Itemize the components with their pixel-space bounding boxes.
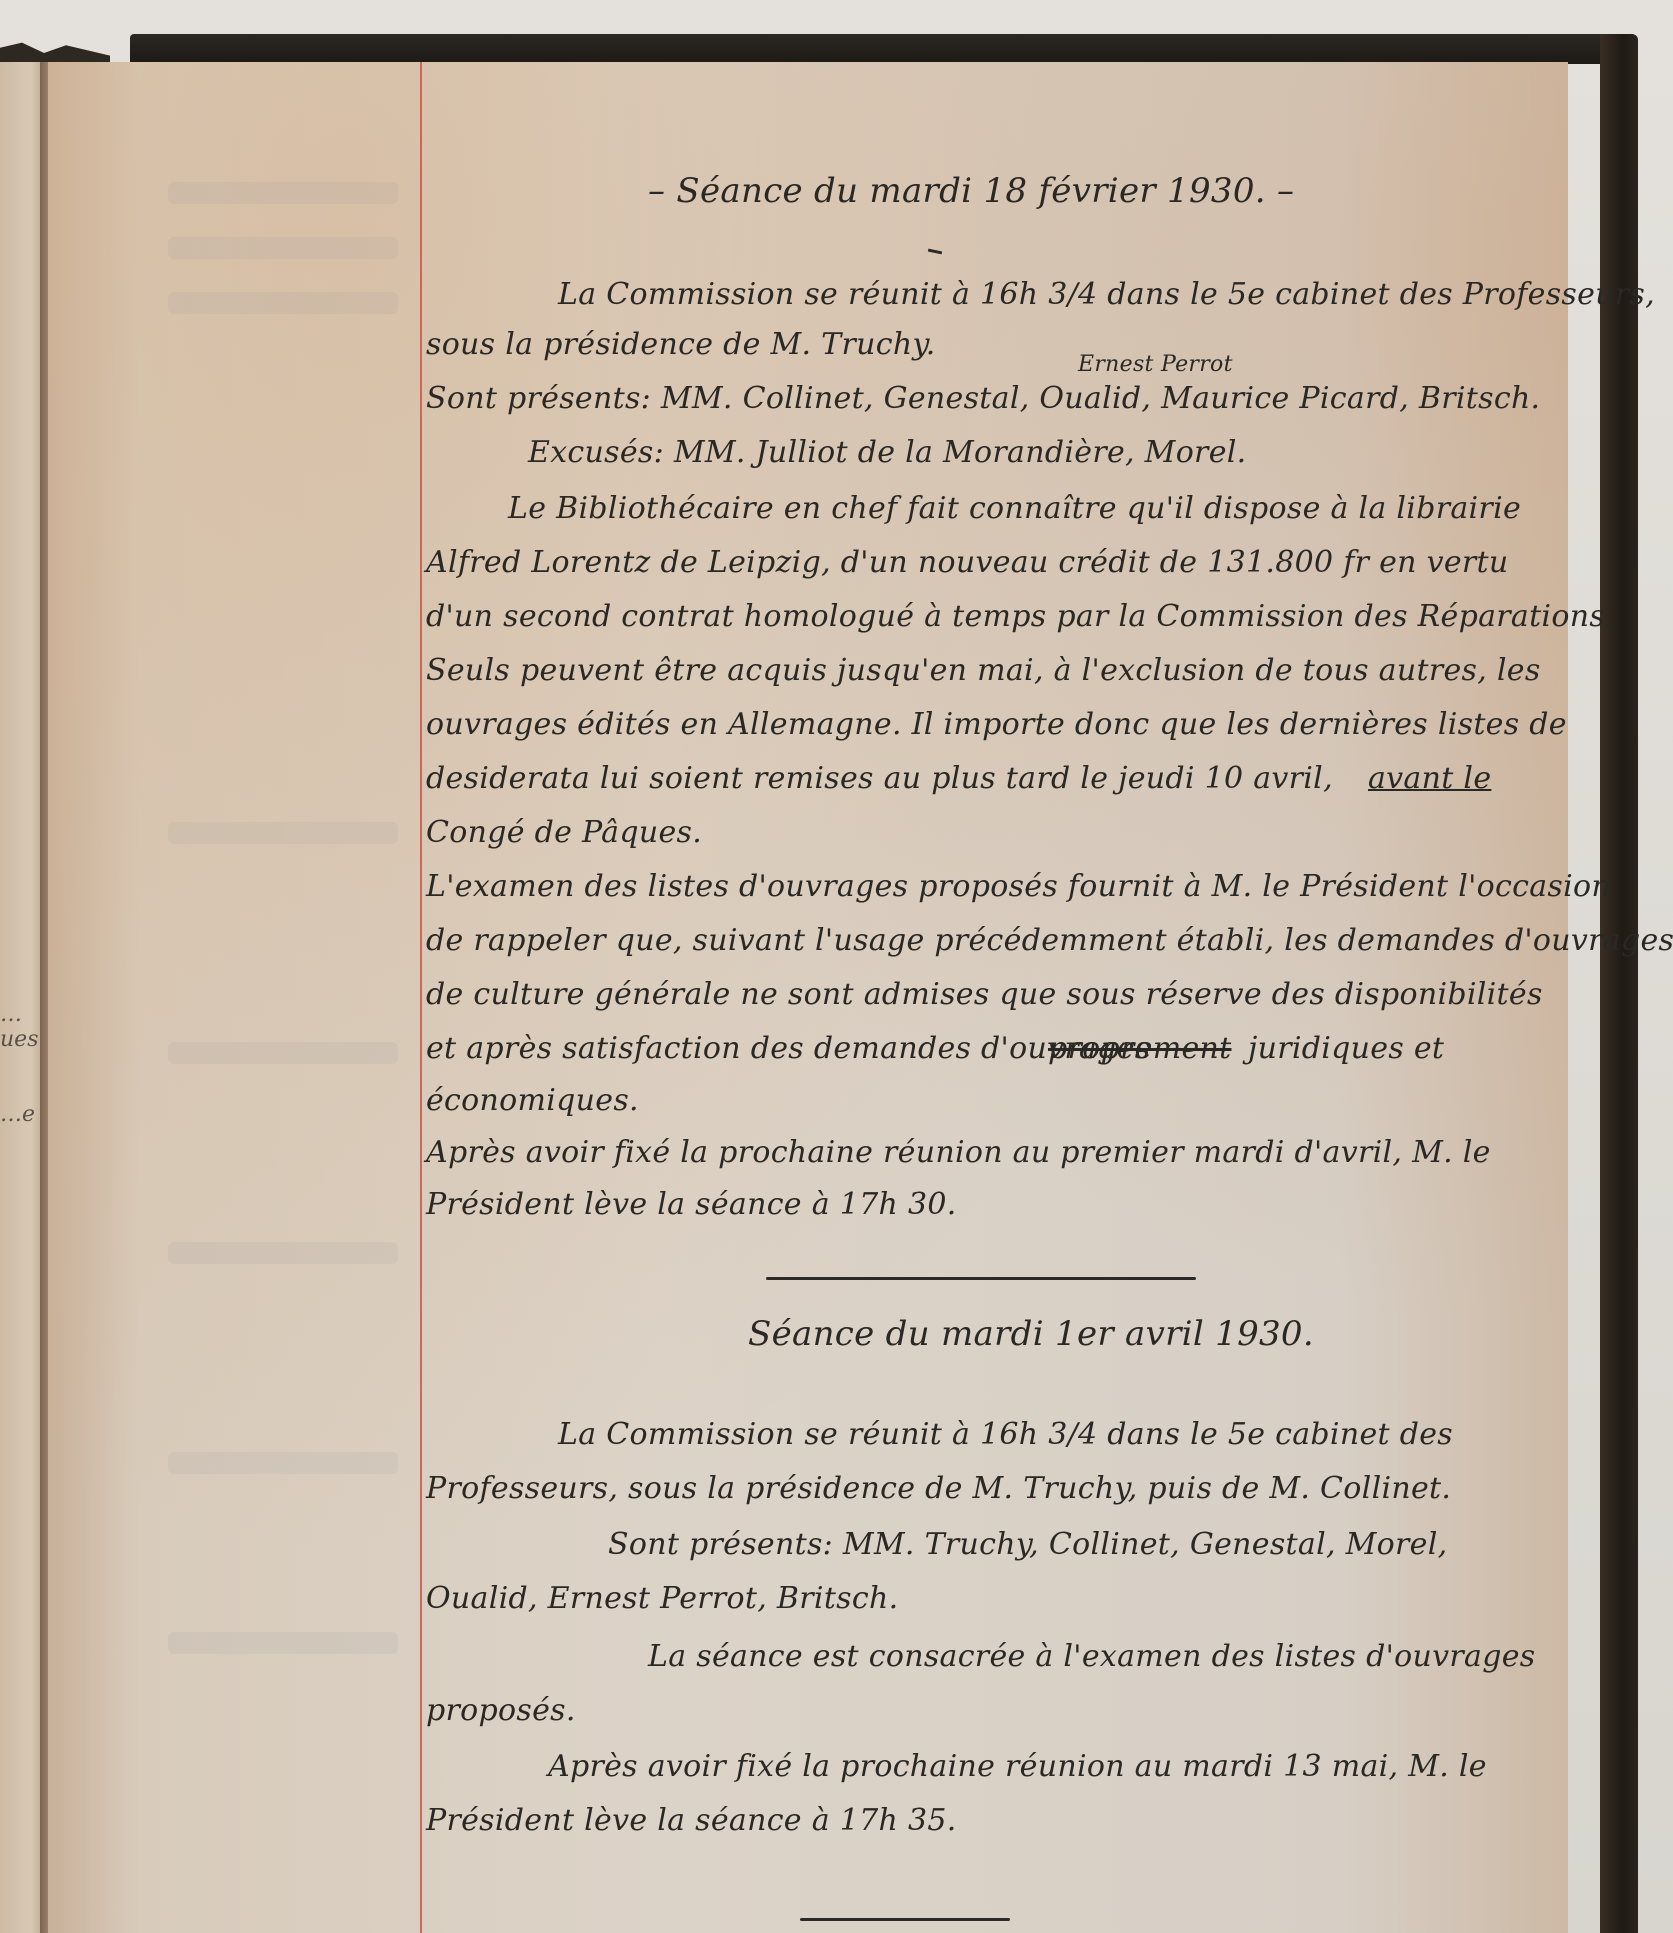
register-page: – Séance du mardi 18 février 1930. – La … [48, 62, 1568, 1933]
book-photo: …ues …e – Séance du mardi 18 février 193… [0, 0, 1673, 1933]
minutes-line: Après avoir fixé la prochaine réunion au… [426, 1138, 1491, 1168]
previous-page-sliver: …ues …e [0, 62, 44, 1933]
bleed-through [168, 1632, 398, 1654]
bleed-through [168, 182, 398, 204]
minutes-line: Le Bibliothécaire en chef fait connaître… [508, 494, 1521, 524]
bleed-through [168, 1242, 398, 1264]
insertion-note: Ernest Perrot [1078, 354, 1233, 376]
minutes-line: d'un second contrat homologué à temps pa… [426, 602, 1615, 632]
minutes-line: sous la présidence de M. Truchy. [426, 330, 936, 360]
bleed-through [168, 292, 398, 314]
red-margin-rule [420, 62, 422, 1933]
minutes-line: La Commission se réunit à 16h 3/4 dans l… [558, 1420, 1453, 1450]
section-divider [766, 1277, 1196, 1280]
minutes-line: de rappeler que, suivant l'usage précéde… [426, 926, 1673, 956]
minutes-line: La séance est consacrée à l'examen des l… [648, 1642, 1535, 1672]
minutes-line-continuation: juridiques et [1248, 1034, 1444, 1064]
book-cover-right-edge [1600, 34, 1638, 1933]
minutes-line: Après avoir fixé la prochaine réunion au… [548, 1752, 1487, 1782]
bleed-through [168, 822, 398, 844]
minutes-line: Congé de Pâques. [426, 818, 702, 848]
closing-line: Président lève la séance à 17h 35. [426, 1806, 957, 1836]
minutes-line: économiques. [426, 1086, 639, 1116]
minutes-line: ouvrages édités en Allemagne. Il importe… [426, 710, 1567, 740]
underlined-phrase: avant le [1368, 764, 1491, 794]
bleed-through [168, 1452, 398, 1474]
struck-word: proprement [1048, 1034, 1231, 1064]
minutes-line: Alfred Lorentz de Leipzig, d'un nouveau … [426, 548, 1509, 578]
title-flourish [928, 249, 942, 255]
book-cover-top-edge [130, 34, 1630, 64]
minutes-line: Professeurs, sous la présidence de M. Tr… [426, 1474, 1451, 1504]
bleed-through [168, 237, 398, 259]
attendees-line: Oualid, Ernest Perrot, Britsch. [426, 1584, 898, 1614]
left-page-fragment: …ues [0, 1002, 44, 1052]
bleed-through [168, 1042, 398, 1064]
excused-line: Excusés: MM. Julliot de la Morandière, M… [528, 438, 1247, 468]
minutes-line: de culture générale ne sont admises que … [426, 980, 1543, 1010]
minutes-line: desiderata lui soient remises au plus ta… [426, 764, 1333, 794]
minutes-line: Seuls peuvent être acquis jusqu'en mai, … [426, 656, 1541, 686]
session-title-feb-18: – Séance du mardi 18 février 1930. – [648, 174, 1294, 208]
left-page-fragment: …e [0, 1102, 35, 1127]
session-title-apr-1: Séance du mardi 1er avril 1930. [748, 1317, 1314, 1351]
attendees-line: Sont présents: MM. Truchy, Collinet, Gen… [608, 1530, 1447, 1560]
closing-line: Président lève la séance à 17h 30. [426, 1190, 957, 1220]
section-divider [800, 1918, 1010, 1921]
attendees-line: Sont présents: MM. Collinet, Genestal, O… [426, 384, 1540, 414]
minutes-line: La Commission se réunit à 16h 3/4 dans l… [558, 280, 1655, 310]
minutes-line: et après satisfaction des demandes d'ouv… [426, 1034, 1150, 1064]
minutes-line: L'examen des listes d'ouvrages proposés … [426, 872, 1611, 902]
minutes-line: proposés. [426, 1696, 576, 1726]
